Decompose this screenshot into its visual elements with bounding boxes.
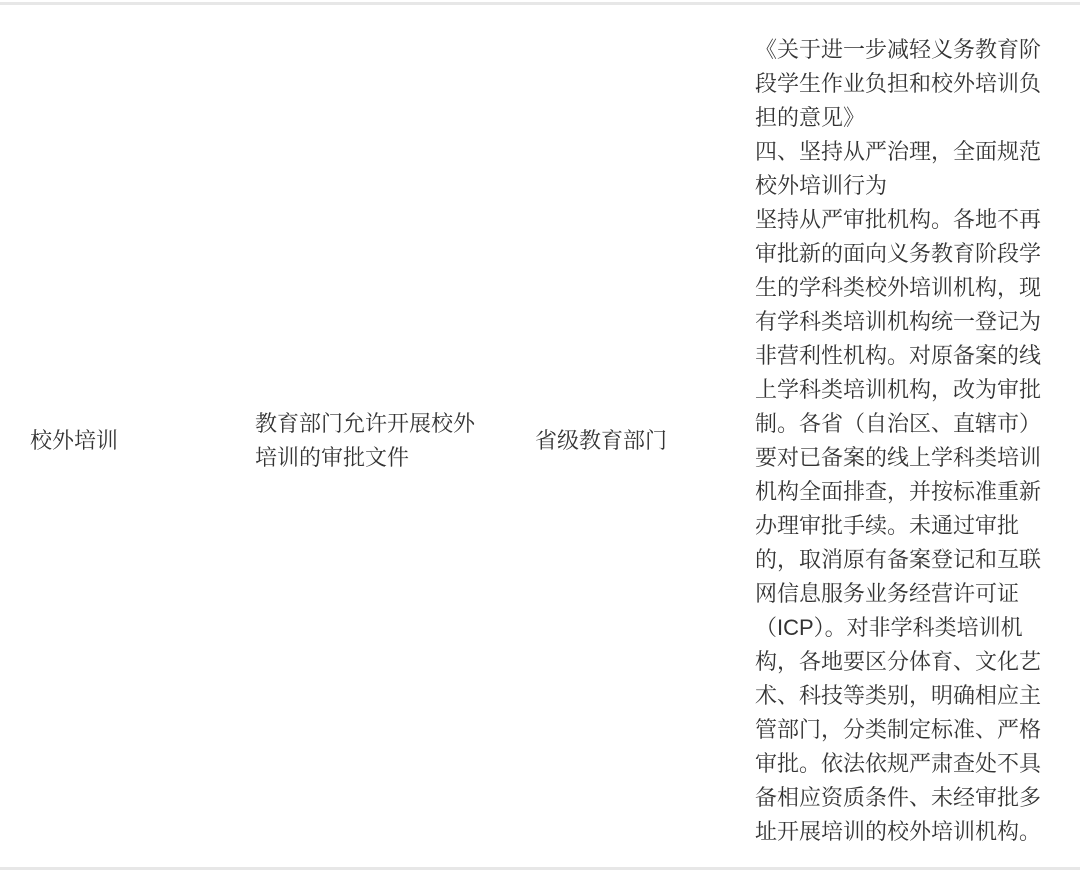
- cell-policy-basis: 《关于进一步减轻义务教育阶段学生作业负担和校外培训负担的意见》 四、坚持从严治理…: [725, 4, 1080, 869]
- cell-training-category: 校外培训: [0, 4, 225, 869]
- policy-table: 校外培训 教育部门允许开展校外培训的审批文件 省级教育部门 《关于进一步减轻义务…: [0, 2, 1080, 870]
- cell-approval-document: 教育部门允许开展校外培训的审批文件: [225, 4, 505, 869]
- table-row: 校外培训 教育部门允许开展校外培训的审批文件 省级教育部门 《关于进一步减轻义务…: [0, 4, 1080, 869]
- cell-issuing-authority: 省级教育部门: [505, 4, 725, 869]
- page: 校外培训 教育部门允许开展校外培训的审批文件 省级教育部门 《关于进一步减轻义务…: [0, 0, 1080, 870]
